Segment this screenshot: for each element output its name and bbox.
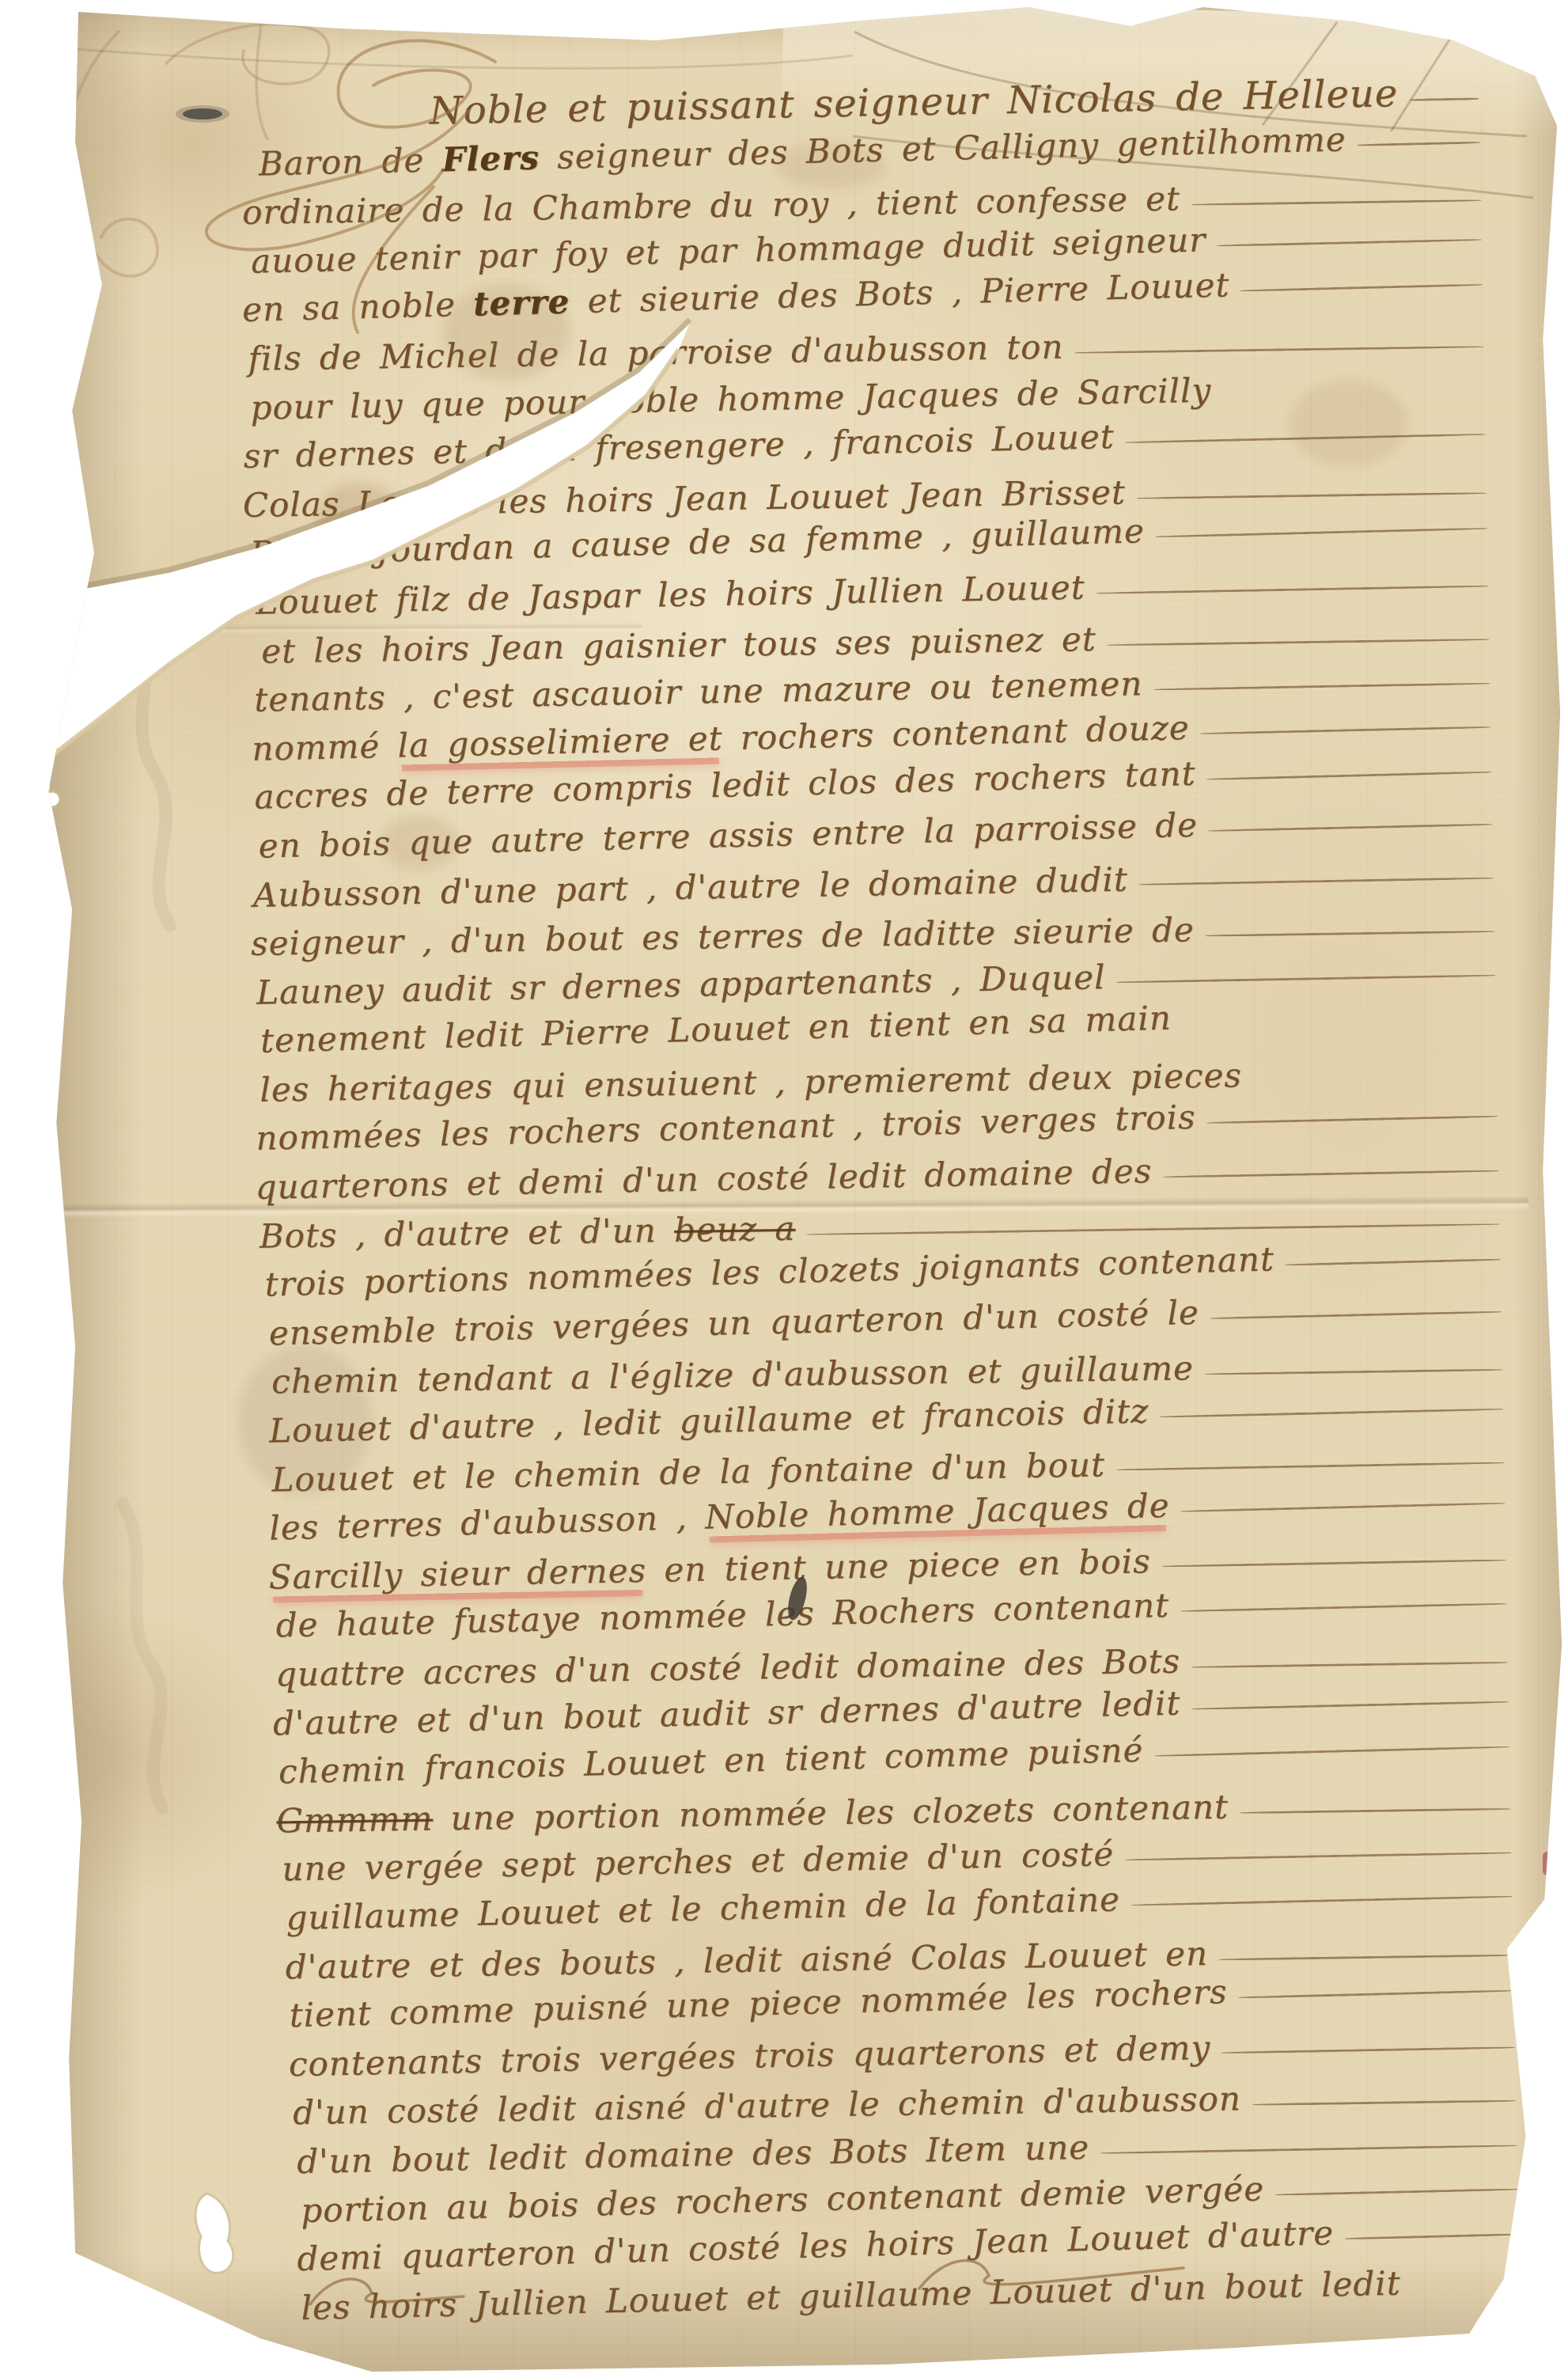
- line-end-dash: [1205, 1368, 1502, 1375]
- struck-out-text: beuz a: [674, 1208, 796, 1249]
- paper-edge-shading-top: [0, 0, 1568, 55]
- line-end-dash: [1239, 1989, 1514, 1999]
- line-end-dash: [1240, 1807, 1510, 1814]
- line-end-dash: [1252, 2099, 1516, 2106]
- text-segment: Louuet filz de Jaspar les hoirs Jullien …: [256, 567, 1085, 621]
- line-end-dash: [1139, 877, 1494, 886]
- ghost-bleedthrough: [123, 1504, 162, 1808]
- text-segment: quarterons et demi d'un costé ledit doma…: [255, 1151, 1152, 1207]
- line-end-dash: [1160, 1408, 1503, 1418]
- red-chalk-underline: Sarcilly sieur dernes: [268, 1551, 646, 1597]
- puncture-hole: [195, 2194, 233, 2273]
- line-end-dash: [1156, 527, 1487, 538]
- line-end-dash: [1126, 433, 1486, 443]
- red-chalk-underline: Noble homme Jacques de: [704, 1486, 1170, 1537]
- text-segment: Bots , d'autre et d'un: [259, 1211, 674, 1256]
- line-end-dash: [1217, 238, 1482, 247]
- line-end-dash: [1201, 726, 1491, 734]
- line-end-dash: [1207, 1115, 1498, 1124]
- line-end-dash: [1116, 1462, 1504, 1471]
- text-segment: une portion nommée les clozets contenant: [433, 1787, 1229, 1837]
- line-end-dash: [1210, 1310, 1502, 1319]
- line-end-dash: [1286, 1258, 1501, 1266]
- line-end-dash: [1181, 1502, 1506, 1512]
- line-end-dash: [1131, 1895, 1512, 1906]
- struck-out-text: Gmmmm: [276, 1799, 434, 1840]
- red-edge-marks: [1541, 1852, 1555, 1920]
- manuscript-text-block: Noble et puissant seigneur Nicolas de He…: [235, 68, 1524, 2333]
- line-end-dash: [1096, 585, 1488, 594]
- text-segment: nommé: [252, 726, 398, 768]
- text-segment: et les hoirs Jean gaisnier tous ses puis…: [261, 619, 1096, 670]
- line-end-dash: [1240, 283, 1483, 292]
- line-end-dash: [1409, 97, 1479, 101]
- ink-smudge: [176, 105, 229, 123]
- line-end-dash: [1162, 1559, 1506, 1568]
- line-end-dash: [1153, 682, 1490, 691]
- text-segment: en sa noble: [242, 285, 474, 329]
- line-end-dash: [1219, 1953, 1513, 1960]
- line-end-dash: [1209, 823, 1492, 832]
- line-end-dash: [1206, 930, 1494, 936]
- text-segment: terre: [473, 283, 570, 324]
- worm-hole: [44, 791, 60, 807]
- line-end-dash: [1100, 2144, 1517, 2154]
- line-end-dash: [1191, 1661, 1508, 1668]
- line-end-dash: [1191, 1700, 1508, 1709]
- manuscript-page: Noble et puissant seigneur Nicolas de He…: [0, 0, 1568, 2374]
- text-segment: Flers: [441, 138, 540, 179]
- line-end-dash: [1207, 771, 1492, 780]
- line-end-dash: [1345, 2233, 1518, 2240]
- text-segment: fils de Michel de la parroise d'aubusson…: [248, 328, 1064, 378]
- line-end-dash: [1117, 974, 1496, 984]
- line-end-dash: [1108, 638, 1490, 646]
- text-segment: d'un costé ledit aisné d'autre le chemin…: [293, 2080, 1241, 2133]
- line-end-dash: [1221, 2046, 1515, 2054]
- paper-edge-shading-left: [50, 0, 144, 2374]
- line-end-dash: [1075, 345, 1484, 354]
- text-segment: Baron de: [258, 140, 442, 183]
- scan-background: Noble et puissant seigneur Nicolas de He…: [0, 0, 1568, 2374]
- ghost-bleedthrough: [134, 601, 170, 926]
- line-end-dash: [1358, 141, 1480, 146]
- line-end-dash: [1275, 2187, 1517, 2195]
- line-end-dash: [1180, 1602, 1506, 1612]
- text-segment: rochers contenant douze: [722, 708, 1190, 757]
- text-segment: les terres d'aubusson ,: [269, 1498, 706, 1548]
- line-end-dash: [1137, 491, 1487, 499]
- line-end-dash: [1191, 199, 1481, 205]
- line-end-dash: [1163, 1170, 1498, 1178]
- text-segment: seigneur , d'un bout es terres de laditt…: [251, 910, 1195, 963]
- red-chalk-underline: la gosselimiere et: [397, 719, 723, 764]
- line-end-dash: [1125, 1852, 1511, 1861]
- line-end-dash: [1154, 1746, 1509, 1757]
- paper-edge-shading-right: [1513, 0, 1568, 2374]
